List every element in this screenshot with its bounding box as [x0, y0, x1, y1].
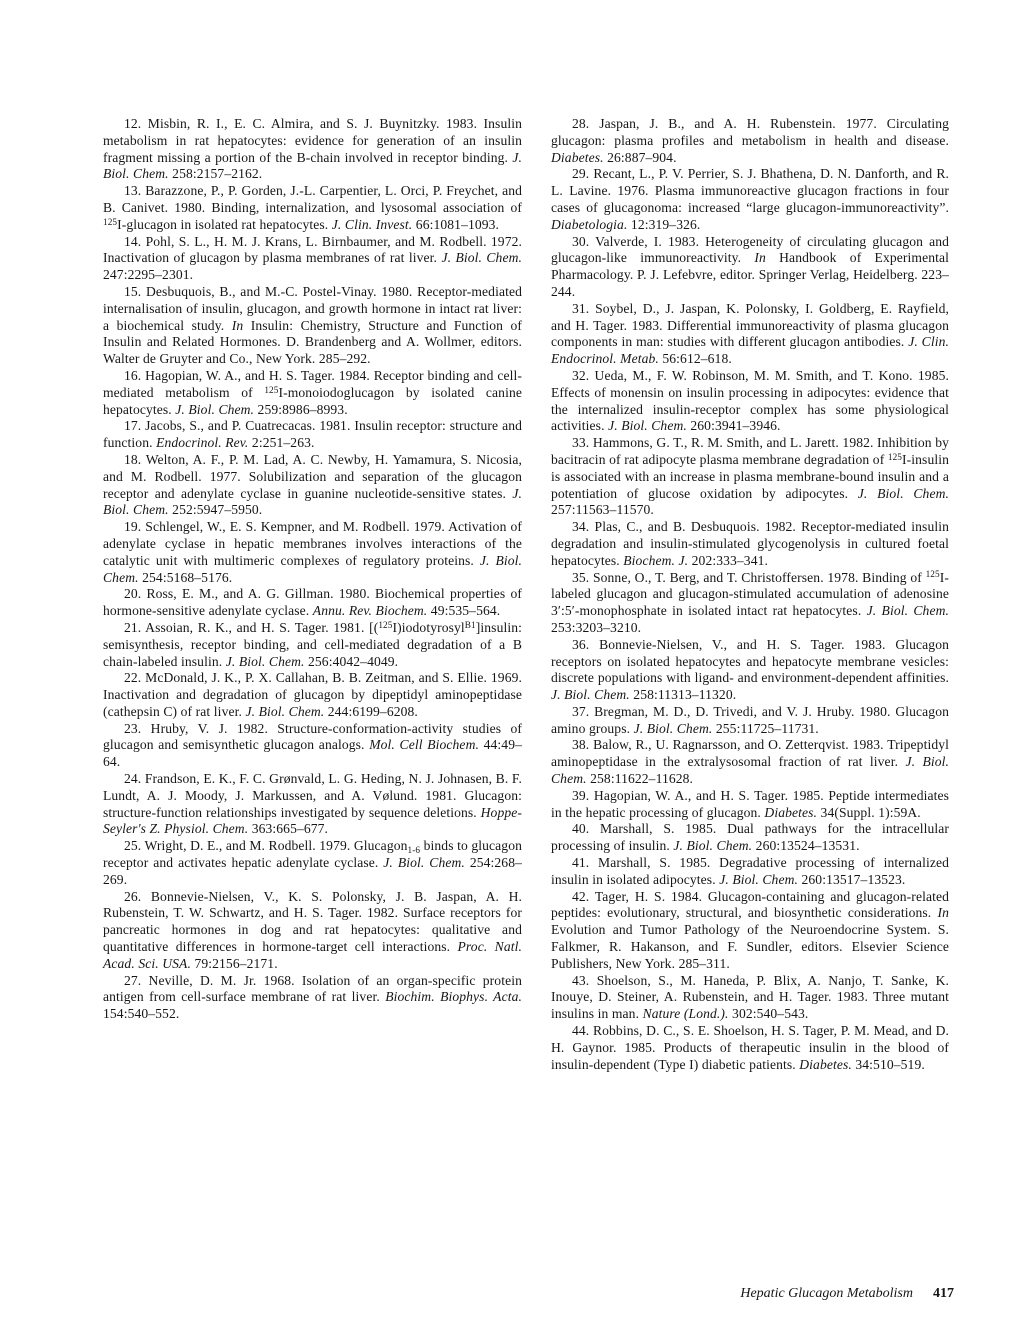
reference-entry: 33. Hammons, G. T., R. M. Smith, and L. … — [551, 435, 949, 519]
reference-entry: 18. Welton, A. F., P. M. Lad, A. C. Newb… — [103, 452, 522, 519]
reference-entry: 25. Wright, D. E., and M. Rodbell. 1979.… — [103, 838, 522, 888]
reference-entry: 27. Neville, D. M. Jr. 1968. Isolation o… — [103, 973, 522, 1023]
page-footer: Hepatic Glucagon Metabolism417 — [740, 1286, 954, 1302]
running-title: Hepatic Glucagon Metabolism — [740, 1286, 913, 1301]
reference-entry: 38. Balow, R., U. Ragnarsson, and O. Zet… — [551, 737, 949, 787]
reference-entry: 22. McDonald, J. K., P. X. Callahan, B. … — [103, 670, 522, 720]
page: 12. Misbin, R. I., E. C. Almira, and S. … — [0, 0, 1020, 1320]
reference-entry: 44. Robbins, D. C., S. E. Shoelson, H. S… — [551, 1023, 949, 1073]
reference-entry: 20. Ross, E. M., and A. G. Gillman. 1980… — [103, 586, 522, 620]
reference-entry: 23. Hruby, V. J. 1982. Structure-conform… — [103, 721, 522, 771]
reference-entry: 15. Desbuquois, B., and M.-C. Postel-Vin… — [103, 284, 522, 368]
reference-entry: 13. Barazzone, P., P. Gorden, J.-L. Carp… — [103, 183, 522, 233]
reference-entry: 26. Bonnevie-Nielsen, V., K. S. Polonsky… — [103, 889, 522, 973]
reference-entry: 21. Assoian, R. K., and H. S. Tager. 198… — [103, 620, 522, 670]
reference-entry: 16. Hagopian, W. A., and H. S. Tager. 19… — [103, 368, 522, 418]
reference-entry: 17. Jacobs, S., and P. Cuatrecacas. 1981… — [103, 418, 522, 452]
reference-entry: 31. Soybel, D., J. Jaspan, K. Polonsky, … — [551, 301, 949, 368]
reference-entry: 43. Shoelson, S., M. Haneda, P. Blix, A.… — [551, 973, 949, 1023]
reference-entry: 24. Frandson, E. K., F. C. Grønvald, L. … — [103, 771, 522, 838]
reference-entry: 36. Bonnevie-Nielsen, V., and H. S. Tage… — [551, 637, 949, 704]
reference-entry: 14. Pohl, S. L., H. M. J. Krans, L. Birn… — [103, 234, 522, 284]
references-left-column: 12. Misbin, R. I., E. C. Almira, and S. … — [103, 116, 522, 1023]
reference-entry: 42. Tager, H. S. 1984. Glucagon-containi… — [551, 889, 949, 973]
reference-entry: 40. Marshall, S. 1985. Dual pathways for… — [551, 821, 949, 855]
references-right-column: 28. Jaspan, J. B., and A. H. Rubenstein.… — [551, 116, 949, 1073]
page-number: 417 — [933, 1286, 954, 1301]
reference-entry: 37. Bregman, M. D., D. Trivedi, and V. J… — [551, 704, 949, 738]
reference-entry: 34. Plas, C., and B. Desbuquois. 1982. R… — [551, 519, 949, 569]
reference-entry: 32. Ueda, M., F. W. Robinson, M. M. Smit… — [551, 368, 949, 435]
reference-entry: 35. Sonne, O., T. Berg, and T. Christoff… — [551, 570, 949, 637]
reference-entry: 19. Schlengel, W., E. S. Kempner, and M.… — [103, 519, 522, 586]
reference-entry: 28. Jaspan, J. B., and A. H. Rubenstein.… — [551, 116, 949, 166]
reference-entry: 12. Misbin, R. I., E. C. Almira, and S. … — [103, 116, 522, 183]
reference-entry: 41. Marshall, S. 1985. Degradative proce… — [551, 855, 949, 889]
reference-entry: 29. Recant, L., P. V. Perrier, S. J. Bha… — [551, 166, 949, 233]
reference-entry: 39. Hagopian, W. A., and H. S. Tager. 19… — [551, 788, 949, 822]
reference-entry: 30. Valverde, I. 1983. Heterogeneity of … — [551, 234, 949, 301]
